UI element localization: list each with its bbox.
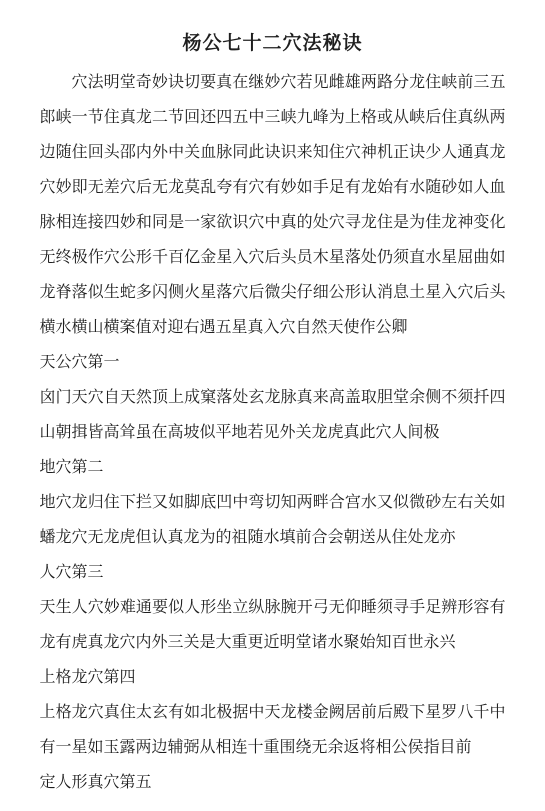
section-heading: 定人形真穴第五 [40, 765, 506, 800]
body-paragraph: 囟门天穴自天然顶上成窠落处玄龙脉真来高盖取胆堂余侧不须扦四山朝揖皆高耸虽在高坡似… [40, 380, 506, 450]
document-body: 穴法明堂奇妙诀切要真在继妙穴若见雌雄两路分龙住峡前三五郎峡一节住真龙二节回还四五… [40, 65, 506, 800]
body-paragraph: 地穴龙归住下拦又如脚底凹中弯切知两畔合宫水又似微砂左右关如蟠龙穴无龙虎但认真龙为… [40, 485, 506, 555]
body-paragraph: 上格龙穴真住太玄有如北极据中天龙楼金阙居前后殿下星罗八千中有一星如玉露两边辅弼从… [40, 695, 506, 765]
page-title: 杨公七十二穴法秘诀 [0, 31, 545, 57]
section-heading: 地穴第二 [40, 450, 506, 485]
body-paragraph: 穴法明堂奇妙诀切要真在继妙穴若见雌雄两路分龙住峡前三五郎峡一节住真龙二节回还四五… [40, 65, 506, 345]
document-page: 杨公七十二穴法秘诀 穴法明堂奇妙诀切要真在继妙穴若见雌雄两路分龙住峡前三五郎峡一… [0, 0, 545, 811]
section-heading: 人穴第三 [40, 555, 506, 590]
section-heading: 天公穴第一 [40, 345, 506, 380]
section-heading: 上格龙穴第四 [40, 660, 506, 695]
body-paragraph: 天生人穴妙难通要似人形坐立纵脉腕开弓无仰睡须寻手足辨形容有龙有虎真龙穴内外三关是… [40, 590, 506, 660]
